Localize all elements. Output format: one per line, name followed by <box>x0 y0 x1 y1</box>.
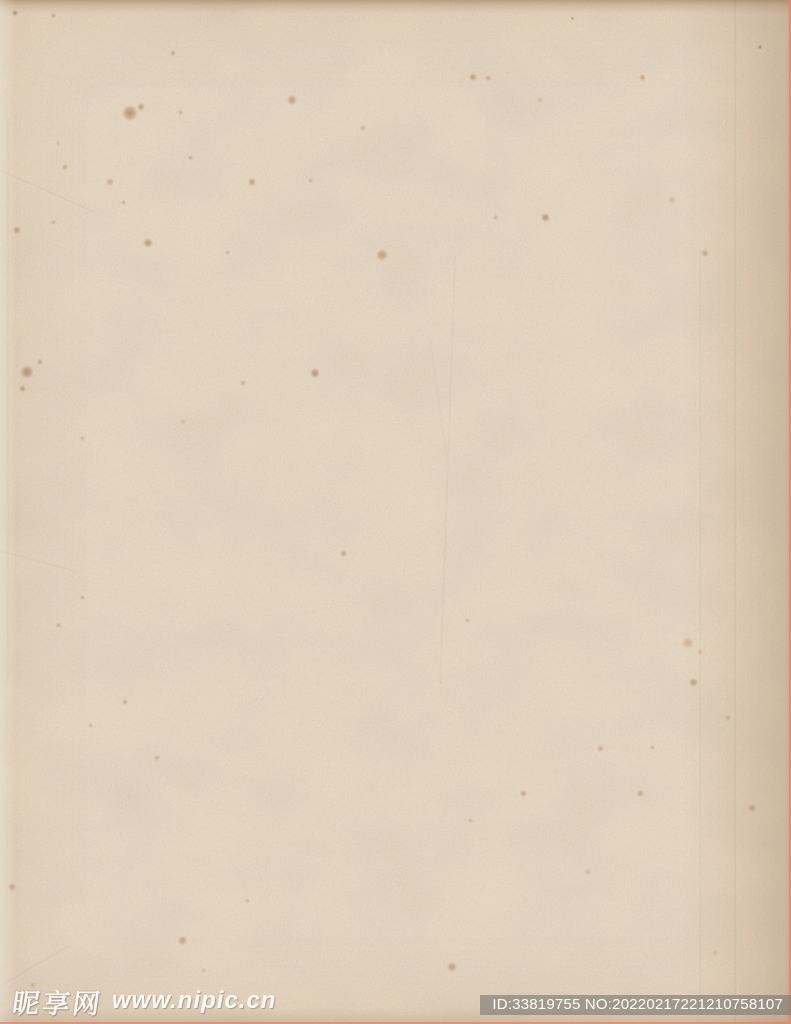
image-id-badge: ID:33819755 NO:20220217221210758107 <box>480 995 791 1015</box>
watermark-site-url: www.nipic.cn <box>112 987 276 1015</box>
paper-grain-texture <box>0 0 791 1024</box>
scanned-old-paper-photo: 昵享网 www.nipic.cn ID:33819755 NO:20220217… <box>0 0 791 1024</box>
watermark-site-name: 昵享网 <box>10 982 105 1021</box>
image-id-text: ID:33819755 NO:20220217221210758107 <box>492 995 783 1015</box>
watermark: 昵享网 www.nipic.cn <box>13 986 276 1016</box>
